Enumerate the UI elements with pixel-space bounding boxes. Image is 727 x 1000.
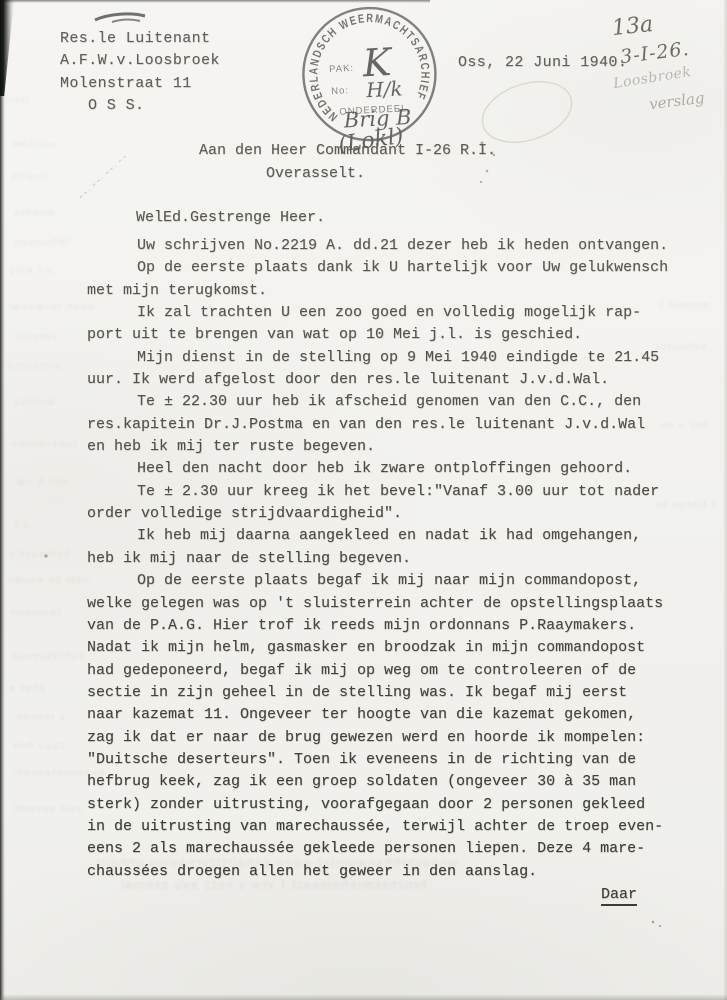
scan-edge-left [0,0,5,1000]
pencil-squiggle-mark [80,155,129,198]
bleedthrough-smudge: wvrhza [13,397,55,408]
body-line: "Duitsche deserteurs". Toen ik eveneens … [87,749,702,771]
bleedthrough-smudge: lwhuoueu [13,237,70,248]
letter-body: Uw schrijven No.2219 A. dd.21 dezer heb … [87,235,702,883]
body-line: naar kazemat 11. Ongeveer ter hoogte van… [87,704,702,726]
bleedthrough-smudge: n l ezrz [8,266,52,277]
body-line: Mijn dienst in de stelling op 9 Mei 1940… [87,347,702,369]
body-line: hefbrug keek, zag ik een groep soldaten … [87,771,702,793]
body-line: Heel den nacht door heb ik zware ontplof… [87,458,702,480]
body-line: eens 2 als marechaussée gekleede persone… [87,838,702,860]
catchword: Daar [601,886,637,906]
handwritten-note-number: 13a [611,12,655,41]
body-line: had gedeponeerd, begaf ik mij op weg om … [87,660,702,682]
bleedthrough-smudge: s lovneo [15,712,65,723]
body-line: Op de eerste plaats begaf ik mij naar mi… [87,570,702,592]
bleedthrough-smudge: ouwtss [13,208,54,219]
scan-edge-right [723,0,727,1000]
stamp-no-handwriting: H/k [365,76,404,102]
body-line: Op de eerste plaats dank ik U hartelijk … [87,257,702,279]
bleedthrough-smudge: tnalltt [10,172,47,183]
body-line: order volledige strijdvaardigheid". [87,503,702,525]
handwritten-dash-mark [95,14,145,22]
bleedthrough-smudge: vvhtzszevoz [12,651,84,662]
sender-name-line: Res.le Luitenant [60,28,220,50]
body-line: van de P.A.G. Hier trof ik reeds mijn or… [87,615,702,637]
scan-edge-bottom [0,994,727,1000]
bleedthrough-smudge: vateisz [15,332,57,343]
sender-street-line: Molenstraat 11 [60,73,220,95]
body-line: port uit te brengen van wat op 10 Mei j.… [87,324,702,346]
scanned-letter-page: slalt valtsaw tnalltt ouwtsslwhuoueu n l… [0,0,727,1000]
body-line: zag ik dat er naar de brug gewezen werd … [87,727,702,749]
body-line: chaussées droegen allen het geweer in de… [87,861,702,883]
bleedthrough-smudge: valtsaw [12,139,57,150]
body-line: sectie in zijn geheel in de stelling was… [87,682,702,704]
body-line: Ik heb mij daarna aangekleed en nadat ik… [87,525,702,547]
bleedthrough-smudge: hvmeuvt z [8,549,70,560]
body-line: in de uitrusting van marechaussée, terwi… [87,816,702,838]
body-line: uur. Ik werd afgelost door den res.le lu… [87,369,702,391]
bleedthrough-smudge: srmzvmit [6,361,61,372]
salutation: WelEd.Gestrenge Heer. [136,209,325,226]
stamp-pak-label: PAK: [329,63,354,75]
bleedthrough-smudge: ihit h vw [16,477,68,488]
bleedthrough-smudge: vsm zo euuwn [5,575,89,586]
bleedthrough-smudge: slalt [4,95,30,106]
body-line: Nadat ik mijn helm, gasmasker en broodza… [87,637,702,659]
body-line: Ik zal trachten U een zoo goed en volled… [87,302,702,324]
bleedthrough-smudge: iaumzmr [9,608,60,619]
body-line: welke gelegen was op 't sluisterrein ach… [87,593,702,615]
bleedthrough-smudge: z l [14,520,28,531]
dateline: Oss, 22 Juni 1940. [458,54,627,71]
handwritten-note-unit: 3-I-26. [619,38,691,68]
stamp-no-label: No: [331,85,349,97]
bleedthrough-smudge: zhet a [8,683,45,694]
body-line: Te ± 2.30 uur kreeg ik het bevel:"Vanaf … [87,481,702,503]
body-line: Te ± 22.30 uur heb ik afscheid genomen v… [87,391,702,413]
body-line: res.kapitein Dr.J.Postma en van den res.… [87,414,702,436]
sender-name-line: A.F.W.v.Loosbroek [60,50,220,72]
sender-city-line: O S S. [60,95,220,117]
body-line: en heb ik mij ter ruste begeven. [87,436,702,458]
sender-block: Res.le Luitenant A.F.W.v.Loosbroek Molen… [60,28,220,117]
bleedthrough-smudge: tuealmoiov [11,439,77,450]
body-line: sterk) zonder uitrusting, voorafgegaan d… [87,794,702,816]
body-line: Uw schrijven No.2219 A. dd.21 dezer heb … [87,235,702,257]
handwritten-note-verslag: verslag [648,89,705,114]
bleedthrough-smudge: zuli ovvsml [14,804,81,815]
scan-edge-left-top [0,0,14,96]
archive-stamp-graphic: NEDERLANDSCH WEERMACHTSARCHIEF PAK: No: … [282,0,461,174]
bleedthrough-smudge: tauu hns [12,741,64,752]
body-line: heb ik mij naar de stelling begeven. [87,548,702,570]
pencil-circle-mark [475,71,580,153]
archive-stamp: NEDERLANDSCH WEERMACHTSARCHIEF PAK: No: … [282,0,461,174]
body-line: met mijn terugkomst. [87,280,702,302]
bleedthrough-smudge: oevh thrwoear [8,302,94,313]
